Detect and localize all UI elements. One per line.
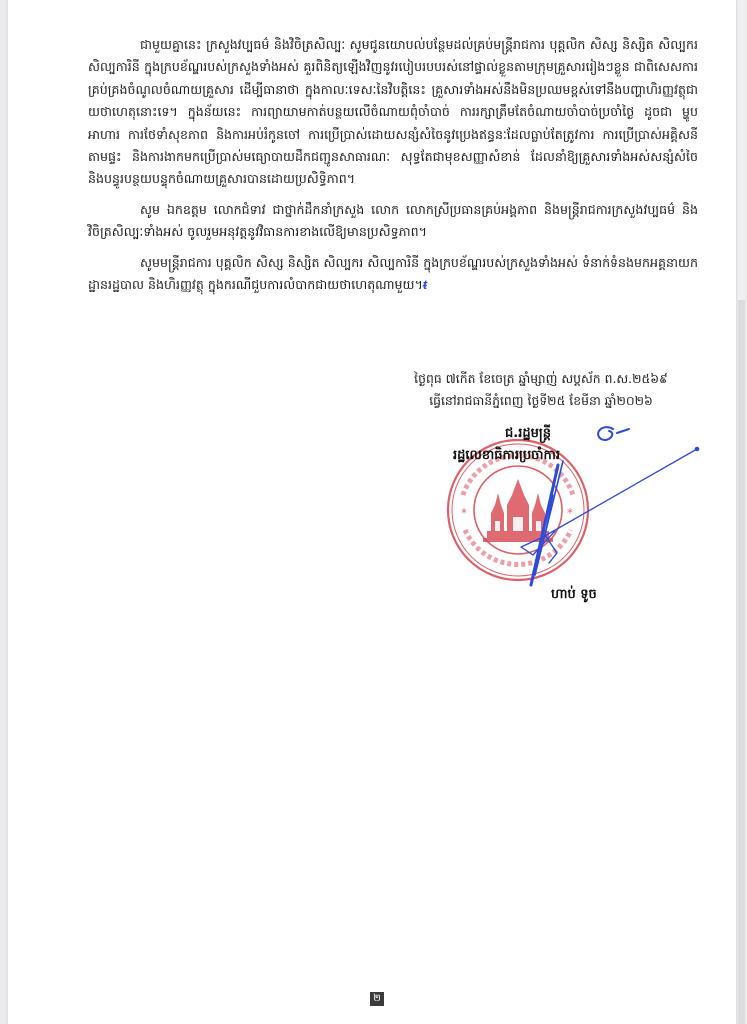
signature-block: ជ.រដ្ឋមន្ត្រី រដ្ឋលេខាធិការប្រចាំការ * * [413,425,703,625]
letter-body: ជាមួយគ្នានេះ ក្រសួងវប្បធម៌ និងវិចិត្រសិល… [88,34,698,304]
document-viewer: ជាមួយគ្នានេះ ក្រសួងវប្បធម៌ និងវិចិត្រសិល… [0,0,747,1024]
vertical-scrollbar[interactable] [738,0,745,1024]
date-lunar: ថ្ងៃពុធ ៧កើត ខែចេត្រ ឆ្នាំម្សាញ់ សប្តស័ក… [376,368,706,390]
date-block: ថ្ងៃពុធ ៧កើត ខែចេត្រ ឆ្នាំម្សាញ់ សប្តស័ក… [376,368,706,412]
document-page: ជាមួយគ្នានេះ ក្រសួងវប្បធម៌ និងវិចិត្រសិល… [8,0,736,1024]
handwritten-signature-icon [413,425,703,625]
initial-mark-icon: ᵵ [423,277,427,292]
paragraph-3: សូមមន្ត្រីរាជការ បុគ្គលិក សិស្ស និស្សិត … [88,252,698,297]
scrollbar-thumb[interactable] [738,300,745,1024]
paragraph-1: ជាមួយគ្នានេះ ក្រសួងវប្បធម៌ និងវិចិត្រសិល… [88,34,698,191]
paragraph-2: សូម ឯកឧត្តម លោកជំទាវ ជាថ្នាក់ដឹកនាំក្រសួ… [88,199,698,244]
date-solar: ធ្វើនៅរាជធានីភ្នំពេញ ថ្ងៃទី២៥ ខែមីនា ឆ្ន… [376,390,706,412]
paragraph-3-text: សូមមន្ត្រីរាជការ បុគ្គលិក សិស្ស និស្សិត … [88,255,698,292]
page-number: ២ [370,992,384,1006]
